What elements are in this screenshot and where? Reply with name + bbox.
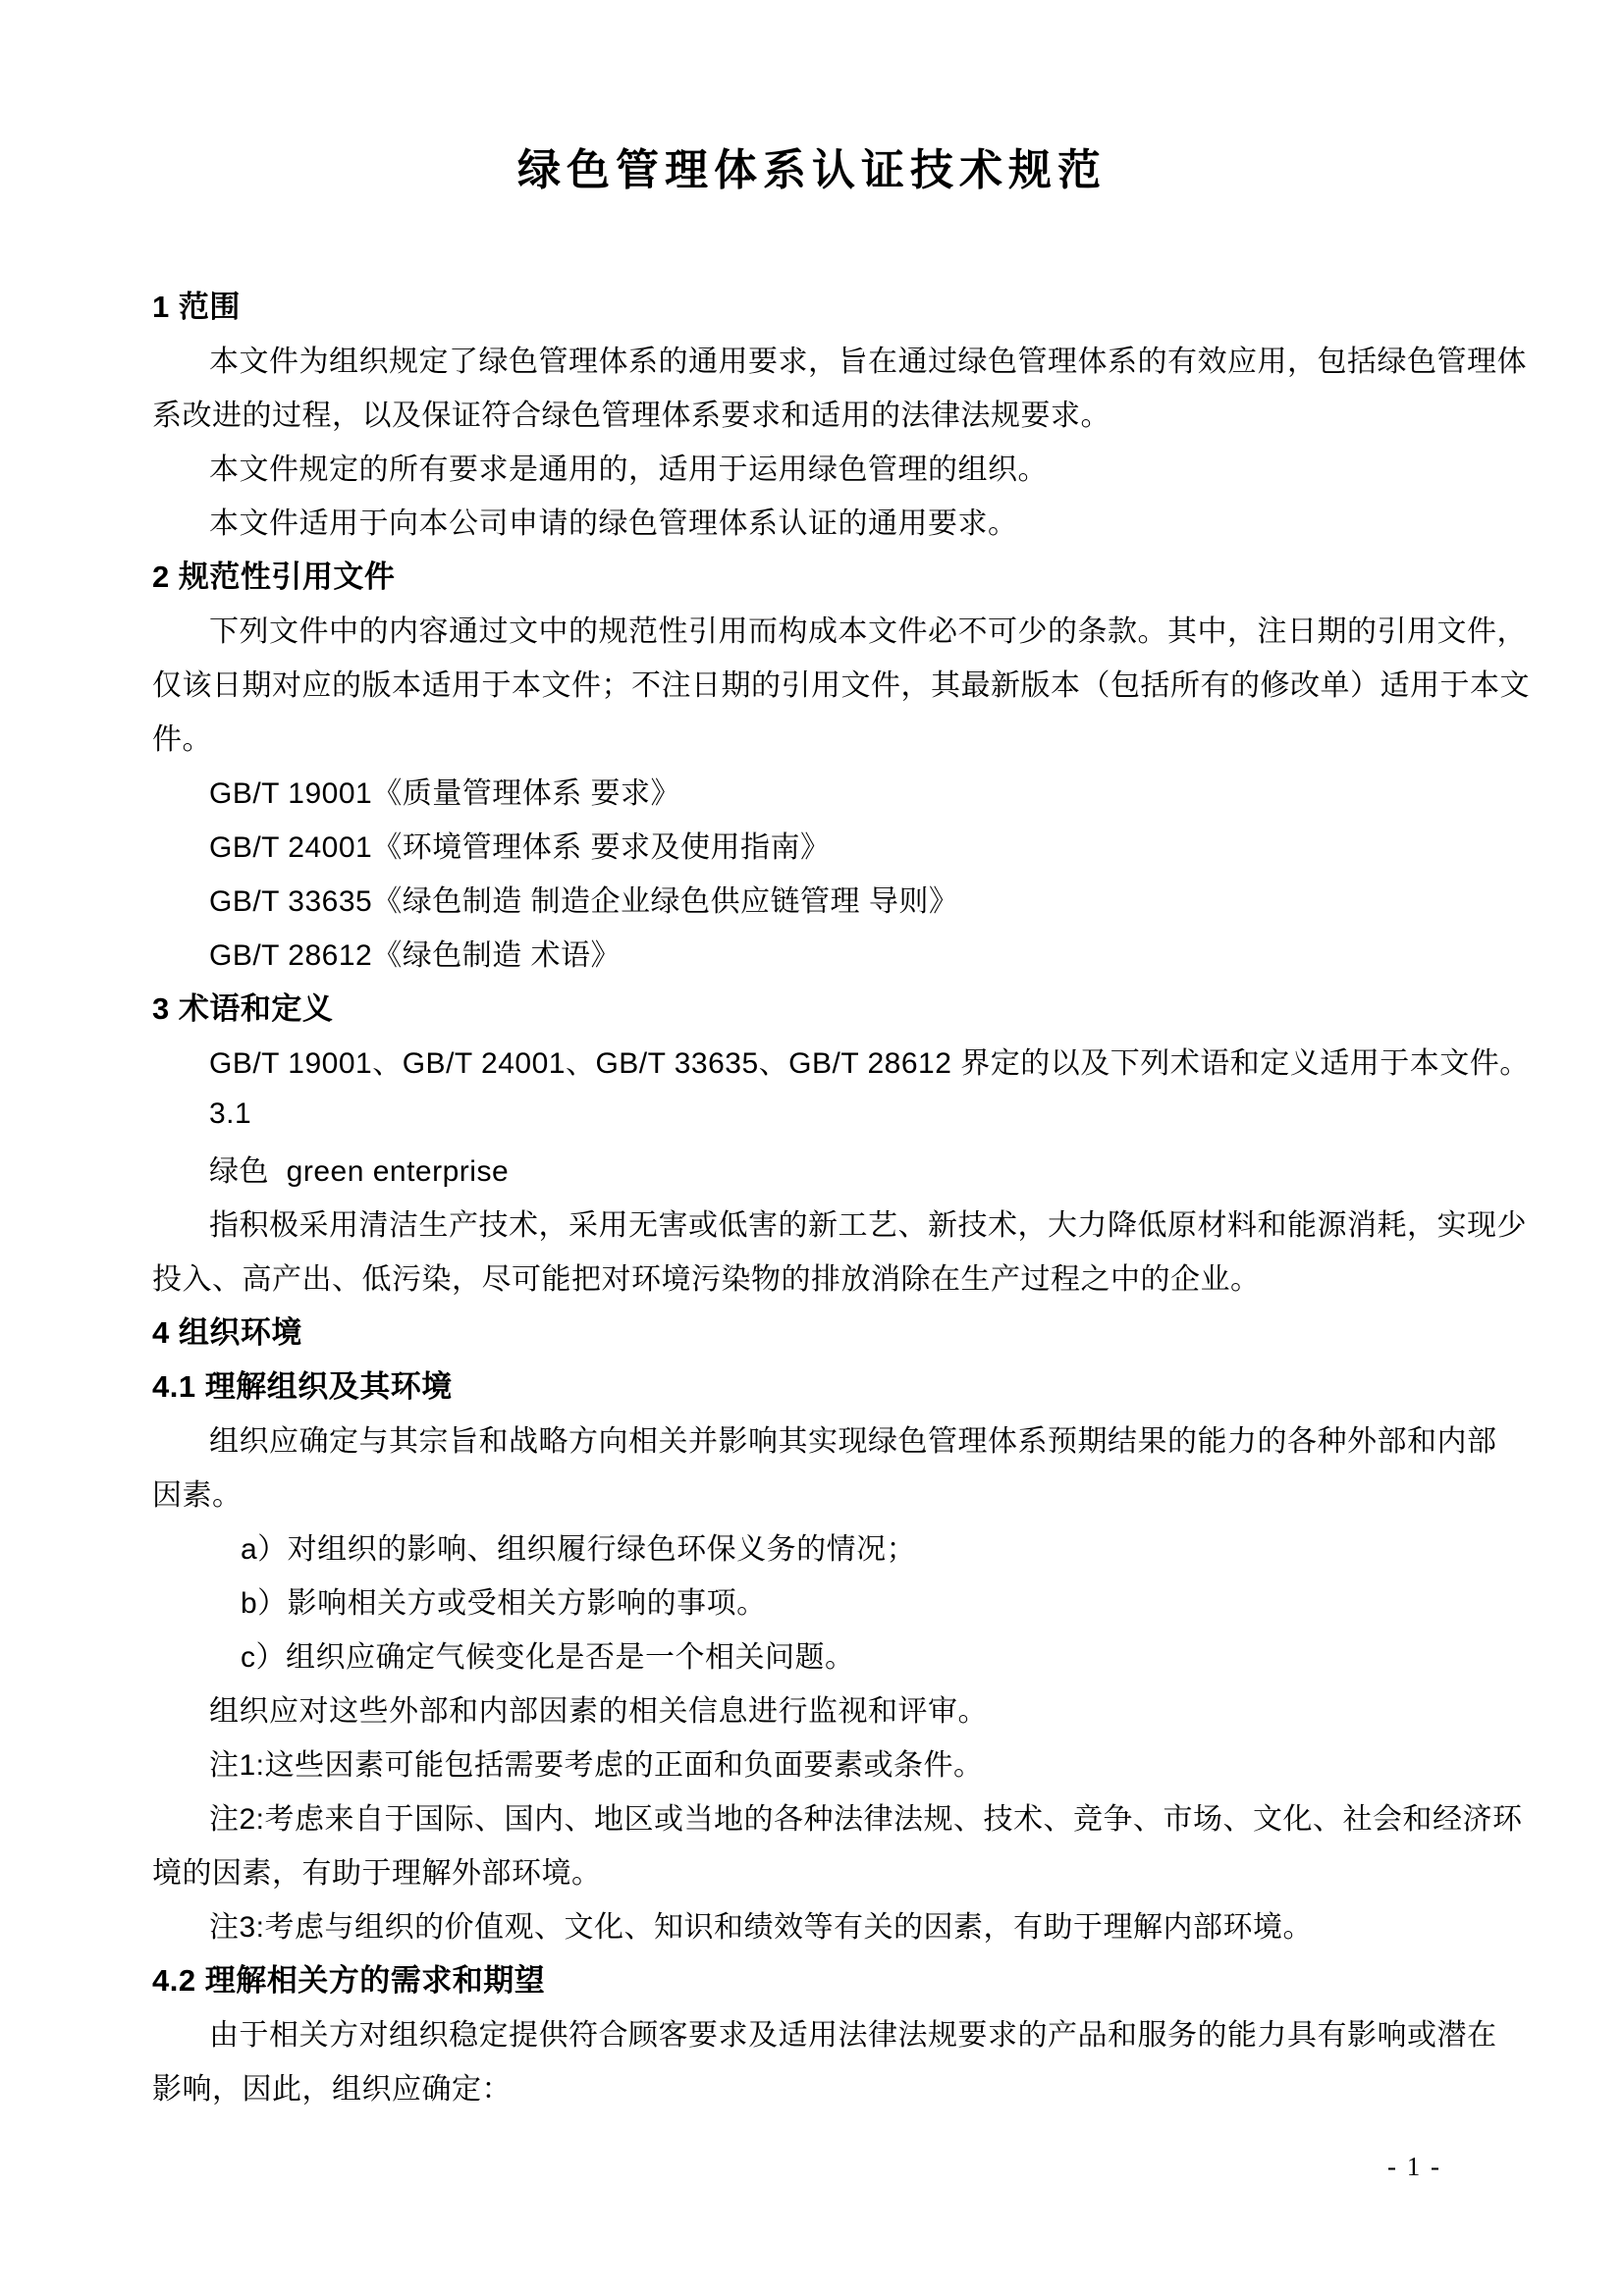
section-4-2-paragraph-1-line-1: 由于相关方对组织稳定提供符合顾客要求及适用法律法规要求的产品和服务的能力具有影响… [152, 2004, 1519, 2058]
section-3-heading: 3 术语和定义 [152, 979, 1519, 1033]
section-4-1-heading: 4.1 理解组织及其环境 [152, 1357, 1519, 1411]
reference-gbt-33635: GB/T 33635《绿色制造 制造企业绿色供应链管理 导则》 [152, 871, 1519, 925]
section-4-1-paragraph-1-line-2: 因素。 [152, 1465, 1519, 1519]
term-number: 3.1 [152, 1087, 1519, 1141]
section-1-heading: 1 范围 [152, 277, 1519, 331]
term-definition-line-2: 投入、高产出、低污染，尽可能把对环境污染物的排放消除在生产过程之中的企业。 [152, 1249, 1519, 1303]
section-2-paragraph-1-line-1: 下列文件中的内容通过文中的规范性引用而构成本文件必不可少的条款。其中，注日期的引… [152, 601, 1519, 655]
document-title: 绿色管理体系认证技术规范 [0, 0, 1624, 216]
section-1-paragraph-1-line-2: 系改进的过程，以及保证符合绿色管理体系要求和适用的法律法规要求。 [152, 385, 1519, 439]
section-4-1-paragraph-1-line-1: 组织应确定与其宗旨和战略方向相关并影响其实现绿色管理体系预期结果的能力的各种外部… [152, 1411, 1519, 1465]
term-name: 绿色 green enterprise [152, 1141, 1519, 1195]
document-page: 绿色管理体系认证技术规范 1 范围 本文件为组织规定了绿色管理体系的通用要求，旨… [0, 0, 1624, 2296]
section-2-paragraph-1-line-2: 仅该日期对应的版本适用于本文件；不注日期的引用文件，其最新版本（包括所有的修改单… [152, 655, 1519, 709]
reference-gbt-19001: GB/T 19001《质量管理体系 要求》 [152, 763, 1519, 817]
list-item-c: c）组织应确定气候变化是否是一个相关问题。 [152, 1627, 1519, 1681]
term-definition-line-1: 指积极采用清洁生产技术，采用无害或低害的新工艺、新技术，大力降低原材料和能源消耗… [152, 1195, 1519, 1249]
note-3: 注3:考虑与组织的价值观、文化、知识和绩效等有关的因素，有助于理解内部环境。 [152, 1896, 1519, 1950]
note-2-line-1: 注2:考虑来自于国际、国内、地区或当地的各种法律法规、技术、竞争、市场、文化、社… [152, 1789, 1519, 1842]
reference-gbt-28612: GB/T 28612《绿色制造 术语》 [152, 925, 1519, 979]
section-1-paragraph-1-line-1: 本文件为组织规定了绿色管理体系的通用要求，旨在通过绿色管理体系的有效应用，包括绿… [152, 331, 1519, 385]
section-4-2-paragraph-1-line-2: 影响，因此，组织应确定： [152, 2058, 1519, 2112]
section-2-paragraph-1-line-3: 件。 [152, 709, 1519, 763]
list-item-a: a）对组织的影响、组织履行绿色环保义务的情况； [152, 1519, 1519, 1573]
list-item-b: b）影响相关方或受相关方影响的事项。 [152, 1573, 1519, 1627]
note-2-line-2: 境的因素，有助于理解外部环境。 [152, 1842, 1519, 1896]
document-body: 1 范围 本文件为组织规定了绿色管理体系的通用要求，旨在通过绿色管理体系的有效应… [152, 277, 1519, 2112]
section-4-heading: 4 组织环境 [152, 1303, 1519, 1357]
note-1: 注1:这些因素可能包括需要考虑的正面和负面要素或条件。 [152, 1735, 1519, 1789]
section-4-2-heading: 4.2 理解相关方的需求和期望 [152, 1950, 1519, 2004]
section-4-1-paragraph-2: 组织应对这些外部和内部因素的相关信息进行监视和评审。 [152, 1681, 1519, 1735]
section-3-paragraph-1: GB/T 19001、GB/T 24001、GB/T 33635、GB/T 28… [152, 1033, 1519, 1087]
section-2-heading: 2 规范性引用文件 [152, 547, 1519, 601]
page-number: - 1 - [1387, 2152, 1441, 2182]
reference-gbt-24001: GB/T 24001《环境管理体系 要求及使用指南》 [152, 817, 1519, 871]
section-1-paragraph-3: 本文件适用于向本公司申请的绿色管理体系认证的通用要求。 [152, 493, 1519, 547]
section-1-paragraph-2: 本文件规定的所有要求是通用的，适用于运用绿色管理的组织。 [152, 439, 1519, 493]
